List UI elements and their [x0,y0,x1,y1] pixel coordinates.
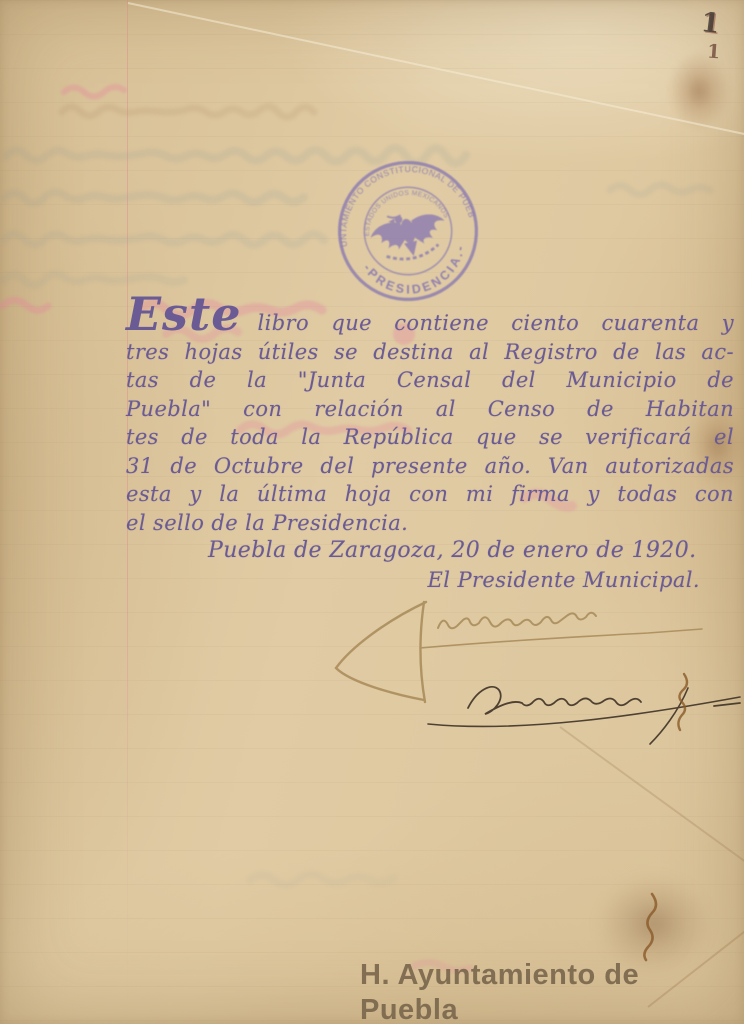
signature-secondary [428,687,740,744]
repair-mark [644,674,687,960]
document-page: 1 1 AYUNTAMIENTO CONSTITUCIONAL DE PUEBL… [0,0,744,1024]
signatures [0,0,744,1024]
archive-watermark: H. Ayuntamiento de Puebla [360,958,744,1024]
signature-primary [336,602,702,702]
